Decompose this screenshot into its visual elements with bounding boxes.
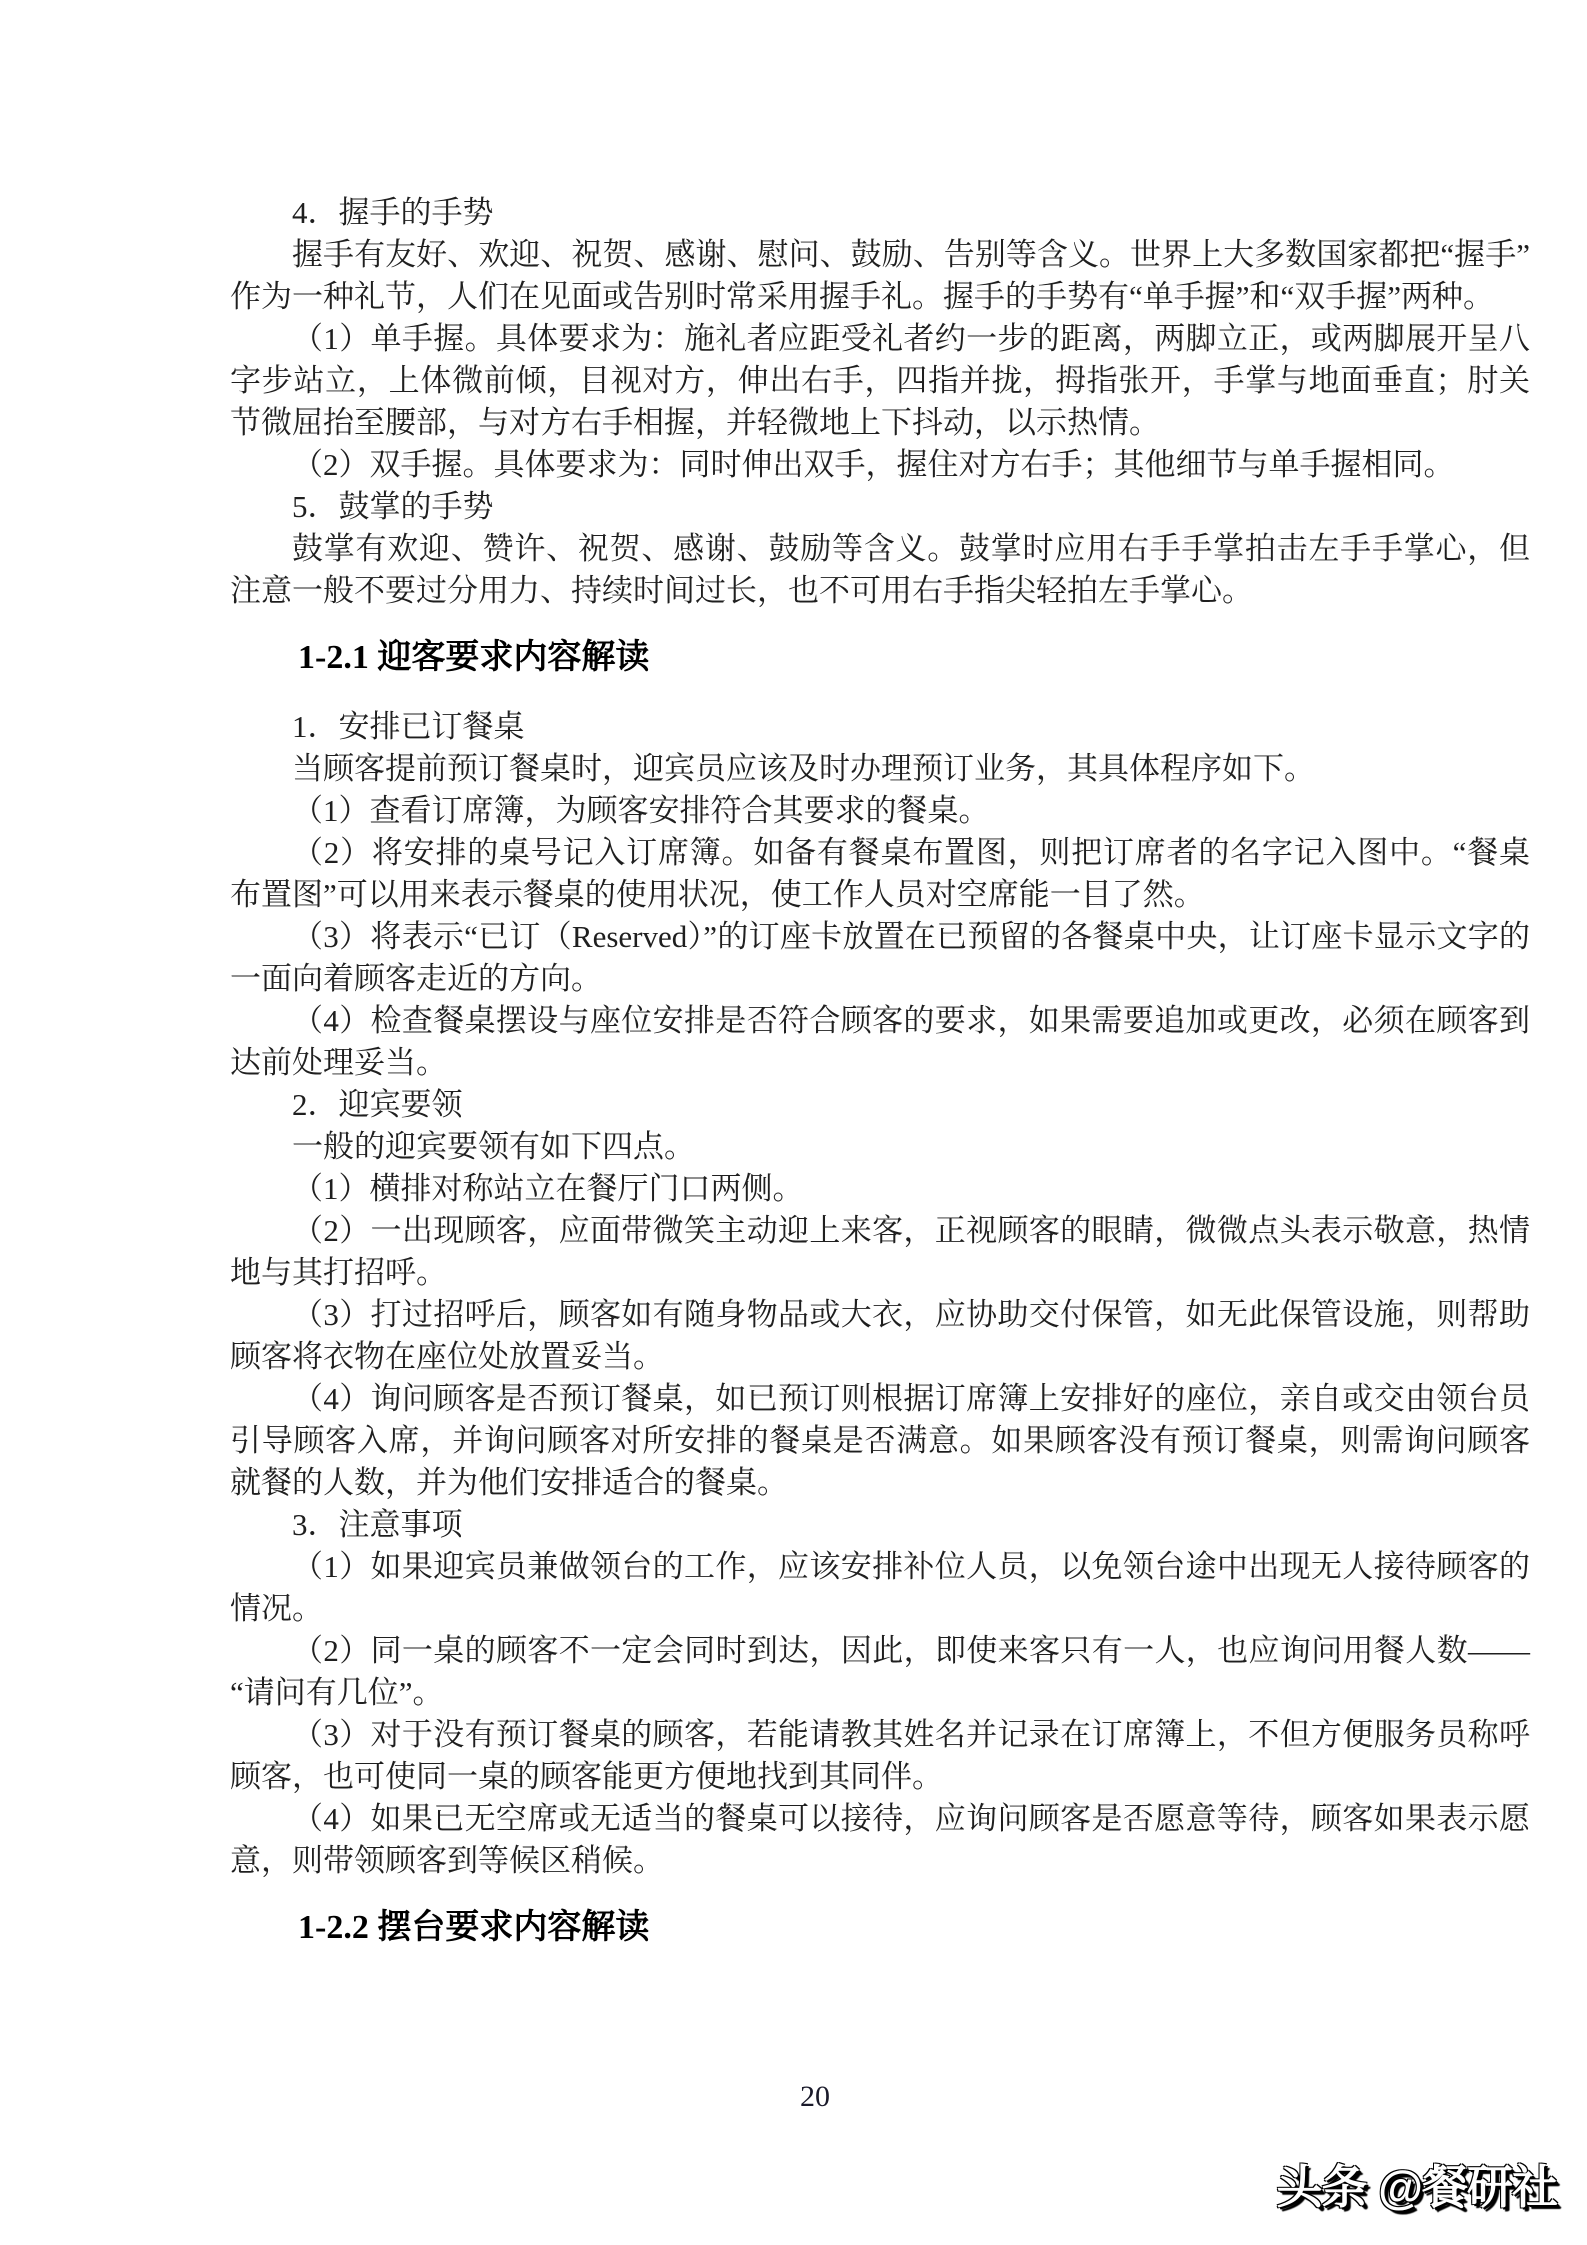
section-heading: 1-2.2 摆台要求内容解读 (230, 1904, 1530, 1952)
paragraph: （3）打过招呼后，顾客如有随身物品或大衣，应协助交付保管，如无此保管设施，则帮助… (230, 1294, 1530, 1378)
paragraph: 4．握手的手势 (230, 192, 1530, 234)
paragraph: （4）询问顾客是否预订餐桌，如已预订则根据订席簿上安排好的座位，亲自或交由领台员… (230, 1378, 1530, 1504)
paragraph: （2）一出现顾客，应面带微笑主动迎上来客，正视顾客的眼睛，微微点头表示敬意，热情… (230, 1210, 1530, 1294)
paragraph: （1）查看订席簿，为顾客安排符合其要求的餐桌。 (230, 790, 1530, 832)
paragraph: 3．注意事项 (230, 1504, 1530, 1546)
paragraph: （2）将安排的桌号记入订席簿。如备有餐桌布置图，则把订席者的名字记入图中。“餐桌… (230, 832, 1530, 916)
paragraph: （4）检查餐桌摆设与座位安排是否符合顾客的要求，如果需要追加或更改，必须在顾客到… (230, 1000, 1530, 1084)
paragraph: 5．鼓掌的手势 (230, 486, 1530, 528)
paragraph: （2）双手握。具体要求为：同时伸出双手，握住对方右手；其他细节与单手握相同。 (230, 444, 1530, 486)
section-heading: 1-2.1 迎客要求内容解读 (230, 634, 1530, 682)
paragraph: （2）同一桌的顾客不一定会同时到达，因此，即使来客只有一人，也应询问用餐人数——… (230, 1630, 1530, 1714)
paragraph: （3）将表示“已订（Reserved）”的订座卡放置在已预留的各餐桌中央，让订座… (230, 916, 1530, 1000)
paragraph: （1）如果迎宾员兼做领台的工作，应该安排补位人员，以免领台途中出现无人接待顾客的… (230, 1546, 1530, 1630)
paragraph: 2．迎宾要领 (230, 1084, 1530, 1126)
document-page: 4．握手的手势握手有友好、欢迎、祝贺、感谢、慰问、鼓励、告别等含义。世界上大多数… (0, 0, 1587, 2245)
page-number: 20 (800, 2080, 830, 2114)
paragraph: 鼓掌有欢迎、赞许、祝贺、感谢、鼓励等含义。鼓掌时应用右手手掌拍击左手手掌心，但注… (230, 528, 1530, 612)
paragraph: （1）横排对称站立在餐厅门口两侧。 (230, 1168, 1530, 1210)
paragraph: 当顾客提前预订餐桌时，迎宾员应该及时办理预订业务，其具体程序如下。 (230, 748, 1530, 790)
paragraph: 1．安排已订餐桌 (230, 706, 1530, 748)
paragraph: （1）单手握。具体要求为：施礼者应距受礼者约一步的距离，两脚立正，或两脚展开呈八… (230, 318, 1530, 444)
document-body: 4．握手的手势握手有友好、欢迎、祝贺、感谢、慰问、鼓励、告别等含义。世界上大多数… (230, 192, 1530, 1976)
watermark: 头条 @餐研社 (1276, 2160, 1557, 2214)
paragraph: 握手有友好、欢迎、祝贺、感谢、慰问、鼓励、告别等含义。世界上大多数国家都把“握手… (230, 234, 1530, 318)
paragraph: 一般的迎宾要领有如下四点。 (230, 1126, 1530, 1168)
paragraph: （4）如果已无空席或无适当的餐桌可以接待，应询问顾客是否愿意等待，顾客如果表示愿… (230, 1798, 1530, 1882)
paragraph: （3）对于没有预订餐桌的顾客，若能请教其姓名并记录在订席簿上，不但方便服务员称呼… (230, 1714, 1530, 1798)
